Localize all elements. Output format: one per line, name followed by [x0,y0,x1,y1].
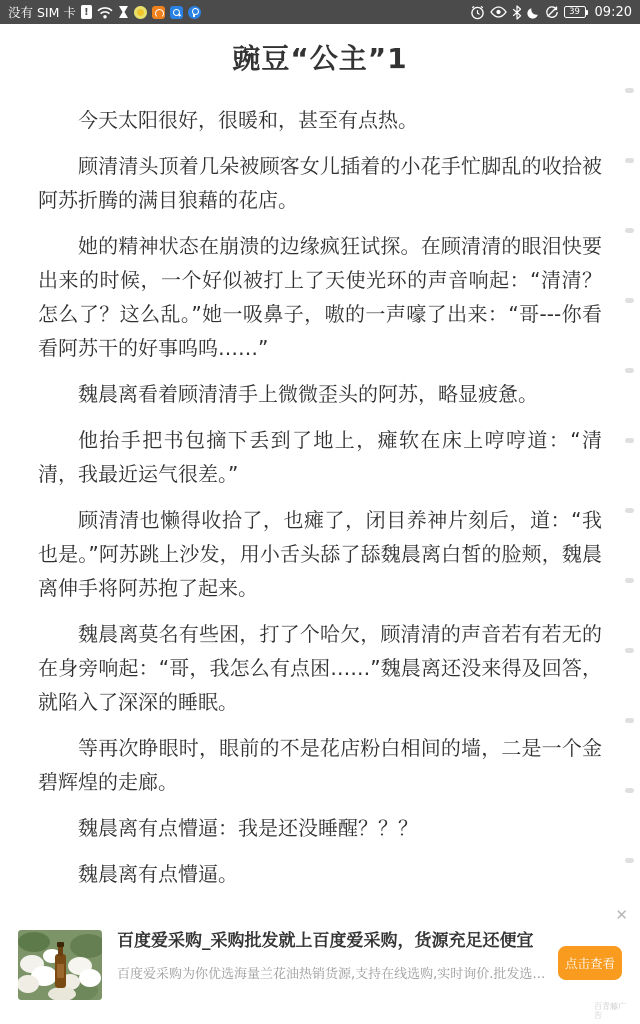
ad-banner[interactable]: ✕ 百度爱采购_采购批发就上百度爱采 [0,900,640,1024]
scroll-indicator-dot [625,368,634,373]
no-sim-label: 没有 SIM 卡 [8,3,76,21]
wifi-icon [97,5,113,20]
ad-thumbnail-image[interactable] [18,930,102,1000]
paragraph: 顾清清也懒得收拾了，也瘫了，闭目养神片刻后，道：“我也是。”阿苏跳上沙发，用小舌… [38,503,602,605]
scroll-indicator-dot [625,858,634,863]
paragraph: 等再次睁眼时，眼前的不是花店粉白相间的墙，二是一个金碧辉煌的走廊。 [38,731,602,799]
scroll-indicator-dot [625,298,634,303]
reader-page[interactable]: 豌豆“公主”1 今天太阳很好，很暖和，甚至有点热。 顾清清头顶着几朵被顾客女儿插… [0,24,640,1005]
scroll-indicator-dot [625,508,634,513]
scroll-indicator-dot [625,158,634,163]
paragraph: 魏晨离看着顾清清手上微微歪头的阿苏，略显疲惫。 [38,377,602,411]
paragraph: 魏晨离有点懵逼。 [38,857,602,891]
scroll-indicator-dot [625,578,634,583]
status-bar: 没有 SIM 卡 ! 39 09:20 [0,0,640,24]
paragraph: 他抬手把书包摘下丢到了地上，瘫软在床上哼哼道：“清清，我最近运气很差。” [38,423,602,491]
alarm-clock-icon [470,5,485,20]
clock-time: 09:20 [595,5,632,20]
ad-title[interactable]: 百度爱采购_采购批发就上百度爱采购，货源充足还便宜 [117,930,557,953]
status-bar-right: 39 09:20 [470,5,632,20]
paragraph: 她的精神状态在崩溃的边缘疯狂试探。在顾清清的眼泪快要出来的时候，一个好似被打上了… [38,229,602,365]
sync-off-icon [545,5,559,20]
scroll-indicator-dot [625,718,634,723]
ad-network-label: 百青藤广告 [594,1002,630,1020]
status-bar-left: 没有 SIM 卡 ! [8,3,201,21]
ad-content-row[interactable]: 百度爱采购_采购批发就上百度爱采购，货源充足还便宜 百度爱采购为你优选海量兰花油… [0,900,640,1000]
hourglass-icon [118,5,129,20]
scroll-indicator-dot [625,788,634,793]
ad-cta-button[interactable]: 点击查看 [558,946,622,980]
battery-percent: 39 [569,7,580,17]
orange-app-notification-icon [152,6,165,19]
sim-alert-icon: ! [81,5,92,19]
baidu-search-notification-icon [170,6,183,19]
paragraph: 今天太阳很好，很暖和，甚至有点热。 [38,103,602,137]
scroll-indicator-dot [625,228,634,233]
battery-icon: 39 [564,6,588,18]
eye-comfort-icon [490,5,507,20]
ad-close-icon[interactable]: ✕ [615,908,628,923]
paragraph: 魏晨离有点懵逼：我是还没睡醒？？？ [38,811,602,845]
ad-description[interactable]: 百度爱采购为你优选海量兰花油热销货源,支持在线选购,实时询价.批发选购兰花油,上… [117,966,557,983]
yellow-app-notification-icon [134,6,147,19]
chapter-title: 豌豆“公主”1 [38,37,602,77]
paragraph: 顾清清头顶着几朵被顾客女儿插着的小花手忙脚乱的收拾被阿苏折腾的满目狼藉的花店。 [38,149,602,217]
scroll-indicator-dot [625,438,634,443]
paragraph: 魏晨离莫名有些困，打了个哈欠，顾清清的声音若有若无的在身旁响起：“哥，我怎么有点… [38,617,602,719]
ad-text-block[interactable]: 百度爱采购_采购批发就上百度爱采购，货源充足还便宜 百度爱采购为你优选海量兰花油… [117,930,557,983]
scroll-indicator-dot [625,648,634,653]
moon-dnd-icon [527,5,540,20]
bluetooth-icon [512,5,522,20]
scroll-indicator-dot [625,88,634,93]
lightbulb-notification-icon [188,6,201,19]
